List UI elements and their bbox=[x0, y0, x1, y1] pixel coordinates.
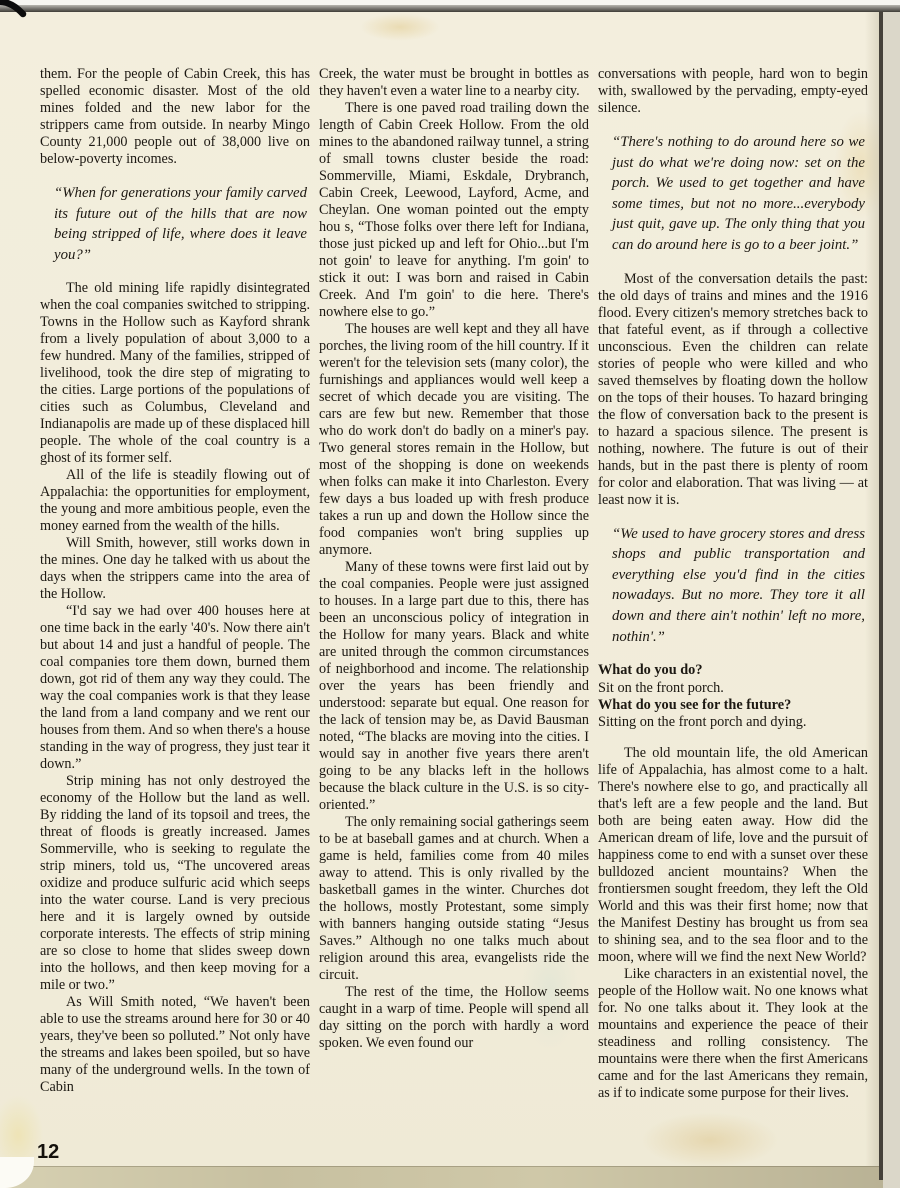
body-paragraph: The old mining life rapidly disintegrate… bbox=[40, 280, 310, 467]
body-paragraph: conversations with people, hard won to b… bbox=[598, 66, 868, 117]
pull-quote: “When for generations your family carved… bbox=[54, 183, 307, 265]
body-paragraph: There is one paved road trailing down th… bbox=[319, 100, 589, 321]
article-content: them. For the people of Cabin Creek, thi… bbox=[40, 66, 868, 1162]
body-paragraph: The only remaining social gatherings see… bbox=[319, 814, 589, 984]
pull-quote: “We used to have grocery stores and dres… bbox=[612, 524, 865, 648]
body-paragraph: Many of these towns were first laid out … bbox=[319, 559, 589, 814]
pull-quote: “There's nothing to do around here so we… bbox=[612, 132, 865, 256]
qa-question: What do you do? bbox=[598, 662, 868, 679]
body-paragraph: All of the life is steadily flowing out … bbox=[40, 467, 310, 535]
column-2: Creek, the water must be brought in bott… bbox=[319, 66, 589, 1162]
body-paragraph: “I'd say we had over 400 houses here at … bbox=[40, 603, 310, 773]
body-paragraph: them. For the people of Cabin Creek, thi… bbox=[40, 66, 310, 168]
scan-top-edge-line bbox=[0, 5, 900, 12]
scan-right-edge bbox=[883, 0, 900, 1188]
body-paragraph: Like characters in an existential novel,… bbox=[598, 966, 868, 1102]
body-paragraph: The old mountain life, the old American … bbox=[598, 745, 868, 966]
column-3: conversations with people, hard won to b… bbox=[598, 66, 868, 1162]
scan-corner-mark bbox=[0, 0, 32, 23]
qa-question: What do you see for the future? bbox=[598, 697, 868, 714]
question-answer-block: What do you do? Sit on the front porch. … bbox=[598, 662, 868, 732]
page-number: 12 bbox=[37, 1141, 59, 1164]
qa-answer: Sit on the front porch. bbox=[598, 680, 868, 697]
body-paragraph: Strip mining has not only destroyed the … bbox=[40, 773, 310, 994]
body-paragraph: Most of the conversation details the pas… bbox=[598, 271, 868, 509]
body-paragraph: Will Smith, however, still works down in… bbox=[40, 535, 310, 603]
paper-stain bbox=[360, 13, 440, 41]
qa-answer: Sitting on the front porch and dying. bbox=[598, 714, 868, 731]
column-1: them. For the people of Cabin Creek, thi… bbox=[40, 66, 310, 1162]
body-paragraph: The rest of the time, the Hollow seems c… bbox=[319, 984, 589, 1052]
scan-bottom-edge bbox=[0, 1166, 900, 1188]
body-paragraph: As Will Smith noted, “We haven't been ab… bbox=[40, 994, 310, 1096]
body-paragraph: The houses are well kept and they all ha… bbox=[319, 321, 589, 559]
body-paragraph: Creek, the water must be brought in bott… bbox=[319, 66, 589, 100]
